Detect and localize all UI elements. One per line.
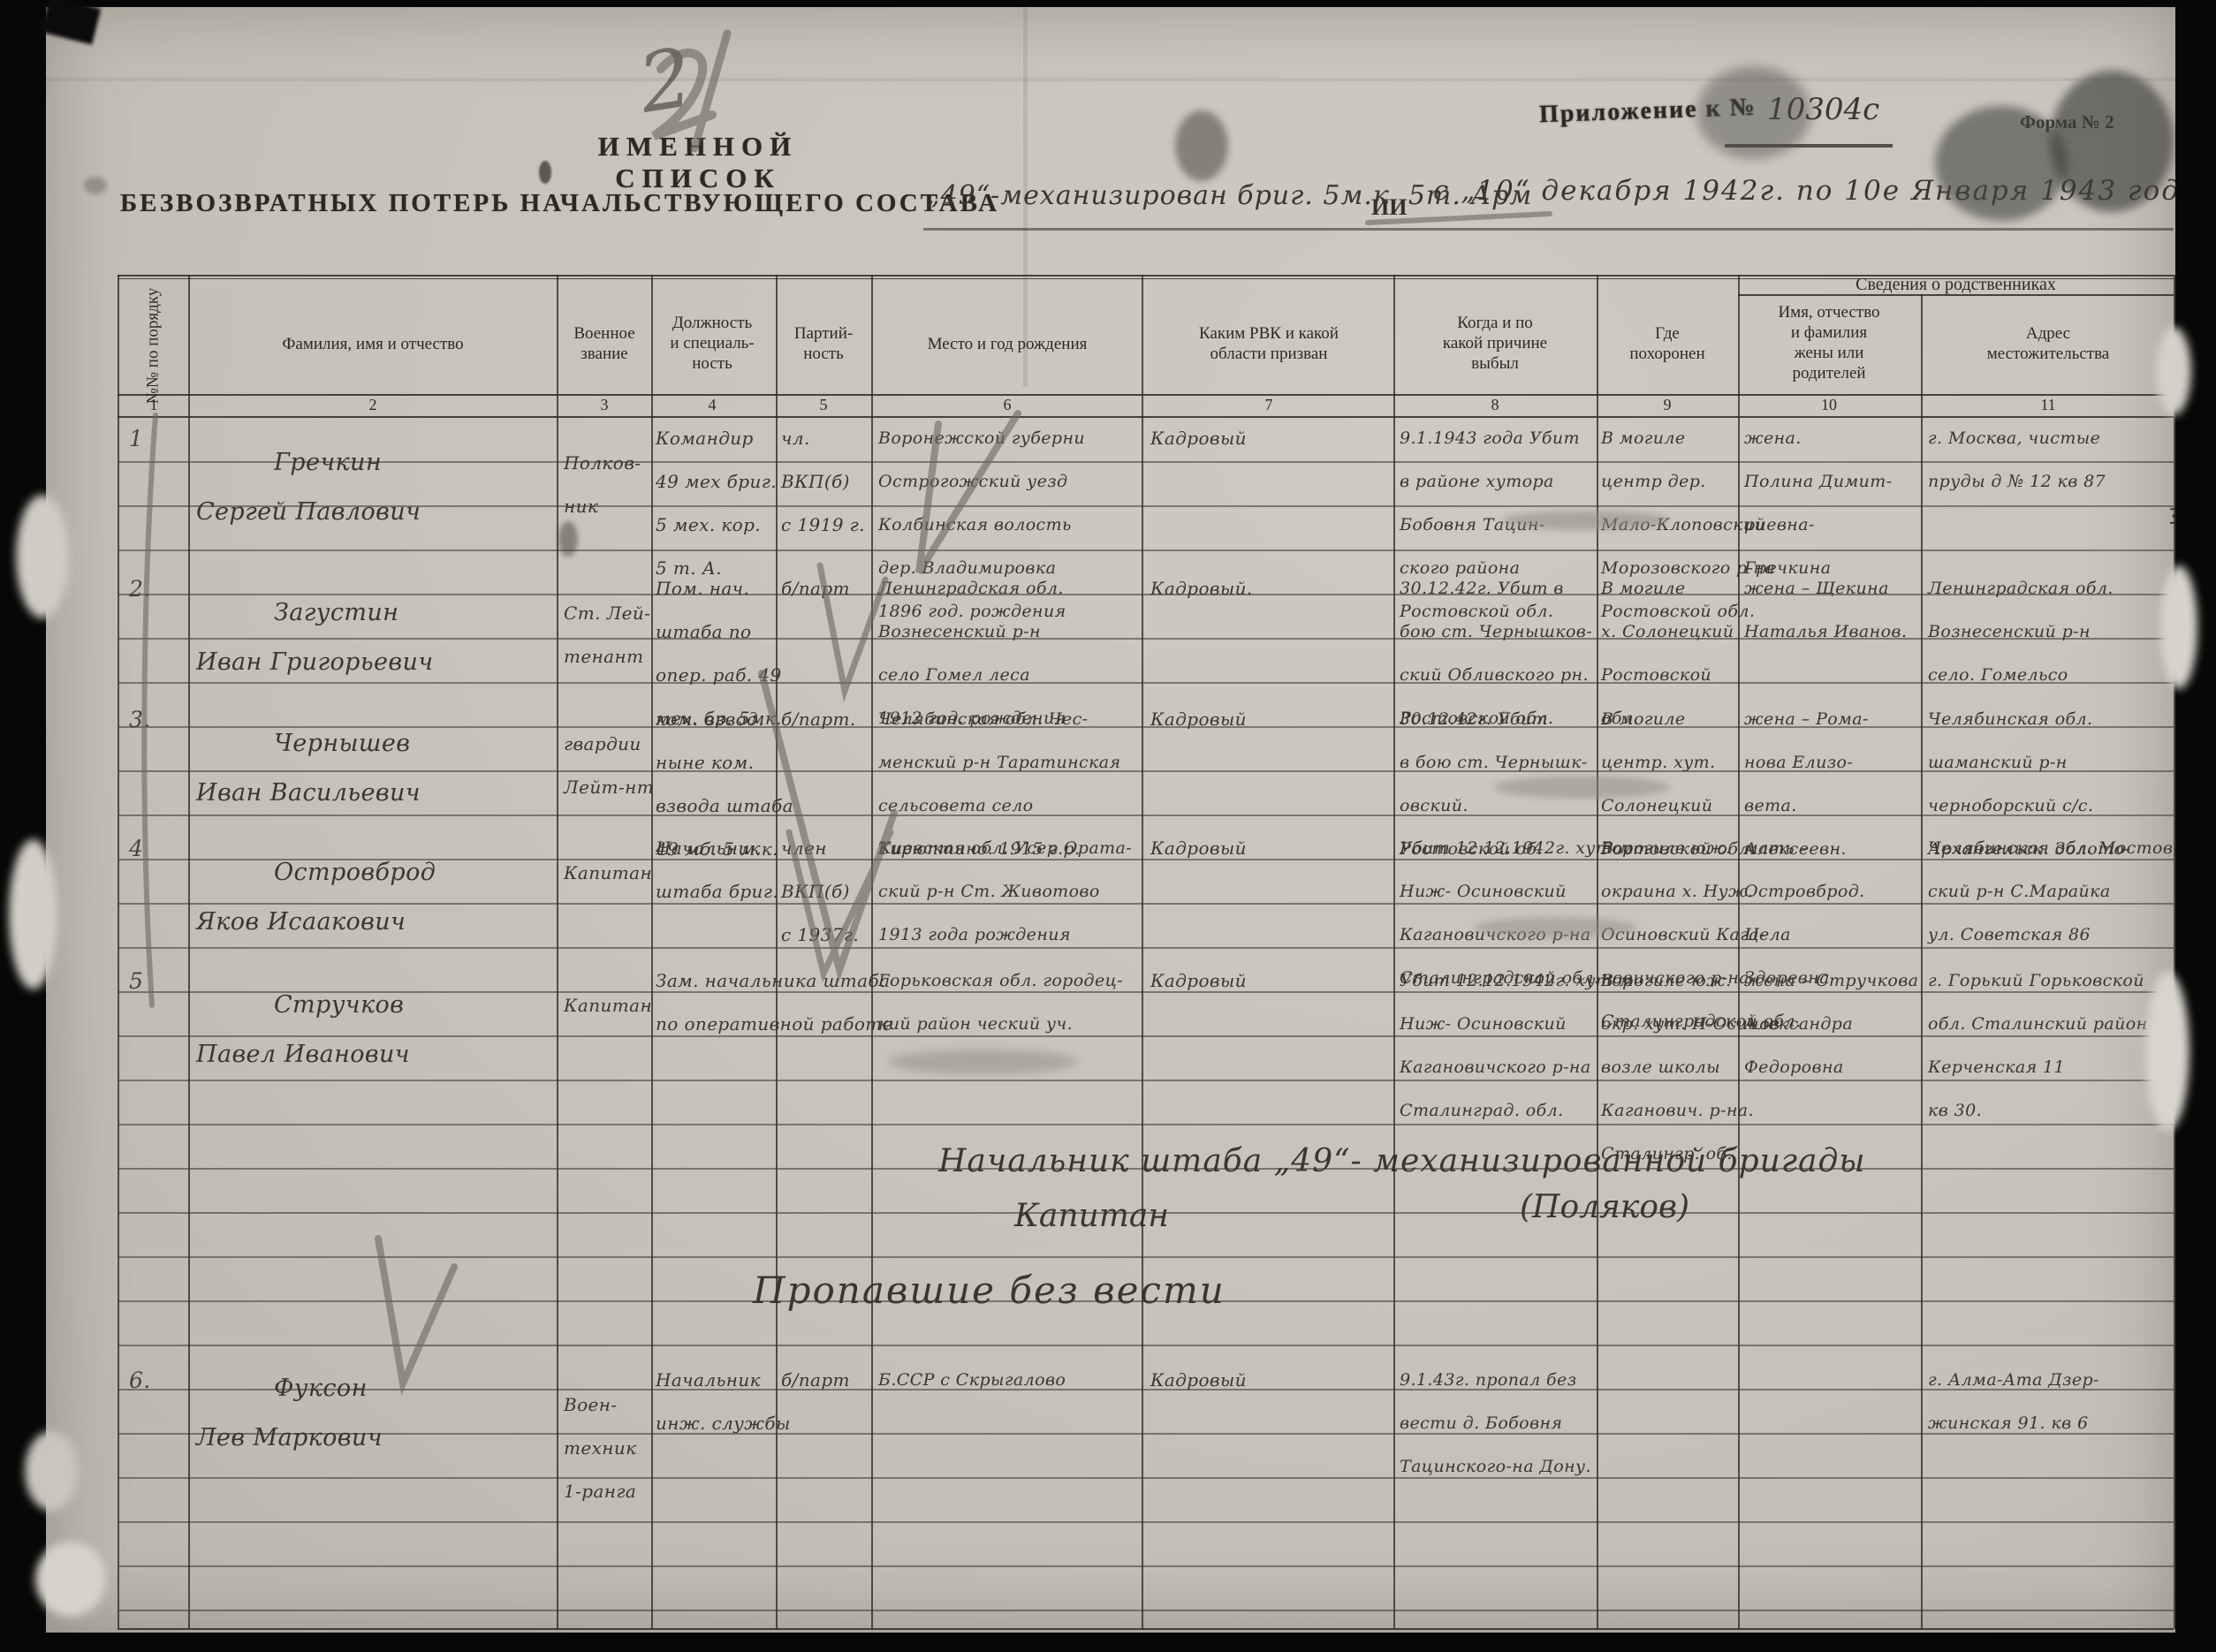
ink-stain xyxy=(1493,776,1670,799)
table-rule-line xyxy=(118,1628,2174,1630)
scanned-document-page: 2 Приложение к № 10304с Форма № 2 ИМЕННО… xyxy=(0,0,2216,1652)
printed-remnant: ИИ xyxy=(1371,194,1407,221)
col-number: 7 xyxy=(1149,396,1389,414)
table-rule-line xyxy=(118,278,2174,279)
col-header-address: Адрес местожительства xyxy=(1926,323,2170,364)
table-rule-line xyxy=(118,275,2174,277)
col-number: 8 xyxy=(1396,396,1594,414)
col-number: 9 xyxy=(1599,396,1735,414)
col-header-rvk: Каким РВК и какой области призван xyxy=(1149,323,1389,364)
col-number: 3 xyxy=(560,396,649,414)
paper-crease xyxy=(46,78,2175,81)
scan-edge-bottom xyxy=(0,1633,2216,1652)
col-header-rank: Военное звание xyxy=(560,323,649,364)
ink-stain xyxy=(1474,917,1637,938)
ink-stain xyxy=(888,1050,1078,1074)
fill-in-underline xyxy=(923,228,2174,231)
col-header-name: Фамилия, имя и отчество xyxy=(196,334,550,354)
col-header-position: Должность и специаль- ность xyxy=(654,313,770,374)
ink-stain xyxy=(539,161,551,184)
ink-stain xyxy=(1502,511,1670,530)
col-header-reason: Когда и по какой причине выбыл xyxy=(1396,313,1594,374)
ink-stain xyxy=(84,177,107,194)
ink-stain xyxy=(1696,66,1811,159)
document-title: ИМЕННОЙ СПИСОК xyxy=(521,131,875,194)
col-number: 6 xyxy=(877,396,1138,414)
ink-stain xyxy=(2050,71,2174,212)
col-header-family: Имя, отчество и фамилия жены или родител… xyxy=(1742,302,1916,383)
col-number: 4 xyxy=(654,396,770,414)
scan-edge-left xyxy=(0,0,46,1652)
torn-paper-edge xyxy=(2145,972,2189,1131)
col-number: 10 xyxy=(1742,396,1916,414)
col-header-burial: Где похоронен xyxy=(1599,323,1735,364)
col-number: 5 xyxy=(778,396,869,414)
table-ruling xyxy=(118,419,2174,1628)
ink-stain xyxy=(558,521,578,557)
col-number: 1 xyxy=(122,396,186,414)
torn-paper-edge xyxy=(25,1431,78,1511)
col-header-party: Партий- ность xyxy=(778,323,869,364)
torn-paper-edge xyxy=(16,495,69,618)
ink-stain xyxy=(1935,106,2068,221)
paper-crease xyxy=(1023,7,1028,387)
table-rule-line xyxy=(118,416,2174,418)
torn-paper-edge xyxy=(2160,565,2197,689)
scan-edge-top xyxy=(0,0,2216,7)
scan-edge-right xyxy=(2175,0,2216,1652)
ink-stain xyxy=(1175,110,1228,181)
table-rule-line xyxy=(1738,294,2174,296)
torn-paper-edge xyxy=(2156,327,2191,415)
col-number: 2 xyxy=(196,396,550,414)
col-number: 11 xyxy=(1926,396,2170,414)
torn-paper-edge xyxy=(35,1542,106,1617)
col-header-birthplace: Место и год рождения xyxy=(877,334,1138,354)
document-subtitle: БЕЗВОЗВРАТНЫХ ПОТЕРЬ НАЧАЛЬСТВУЮЩЕГО СОС… xyxy=(120,189,999,218)
table-rule-line xyxy=(118,394,2174,396)
document-content: 2 Приложение к № 10304с Форма № 2 ИМЕННО… xyxy=(0,0,2216,1652)
torn-paper-edge xyxy=(9,839,57,989)
